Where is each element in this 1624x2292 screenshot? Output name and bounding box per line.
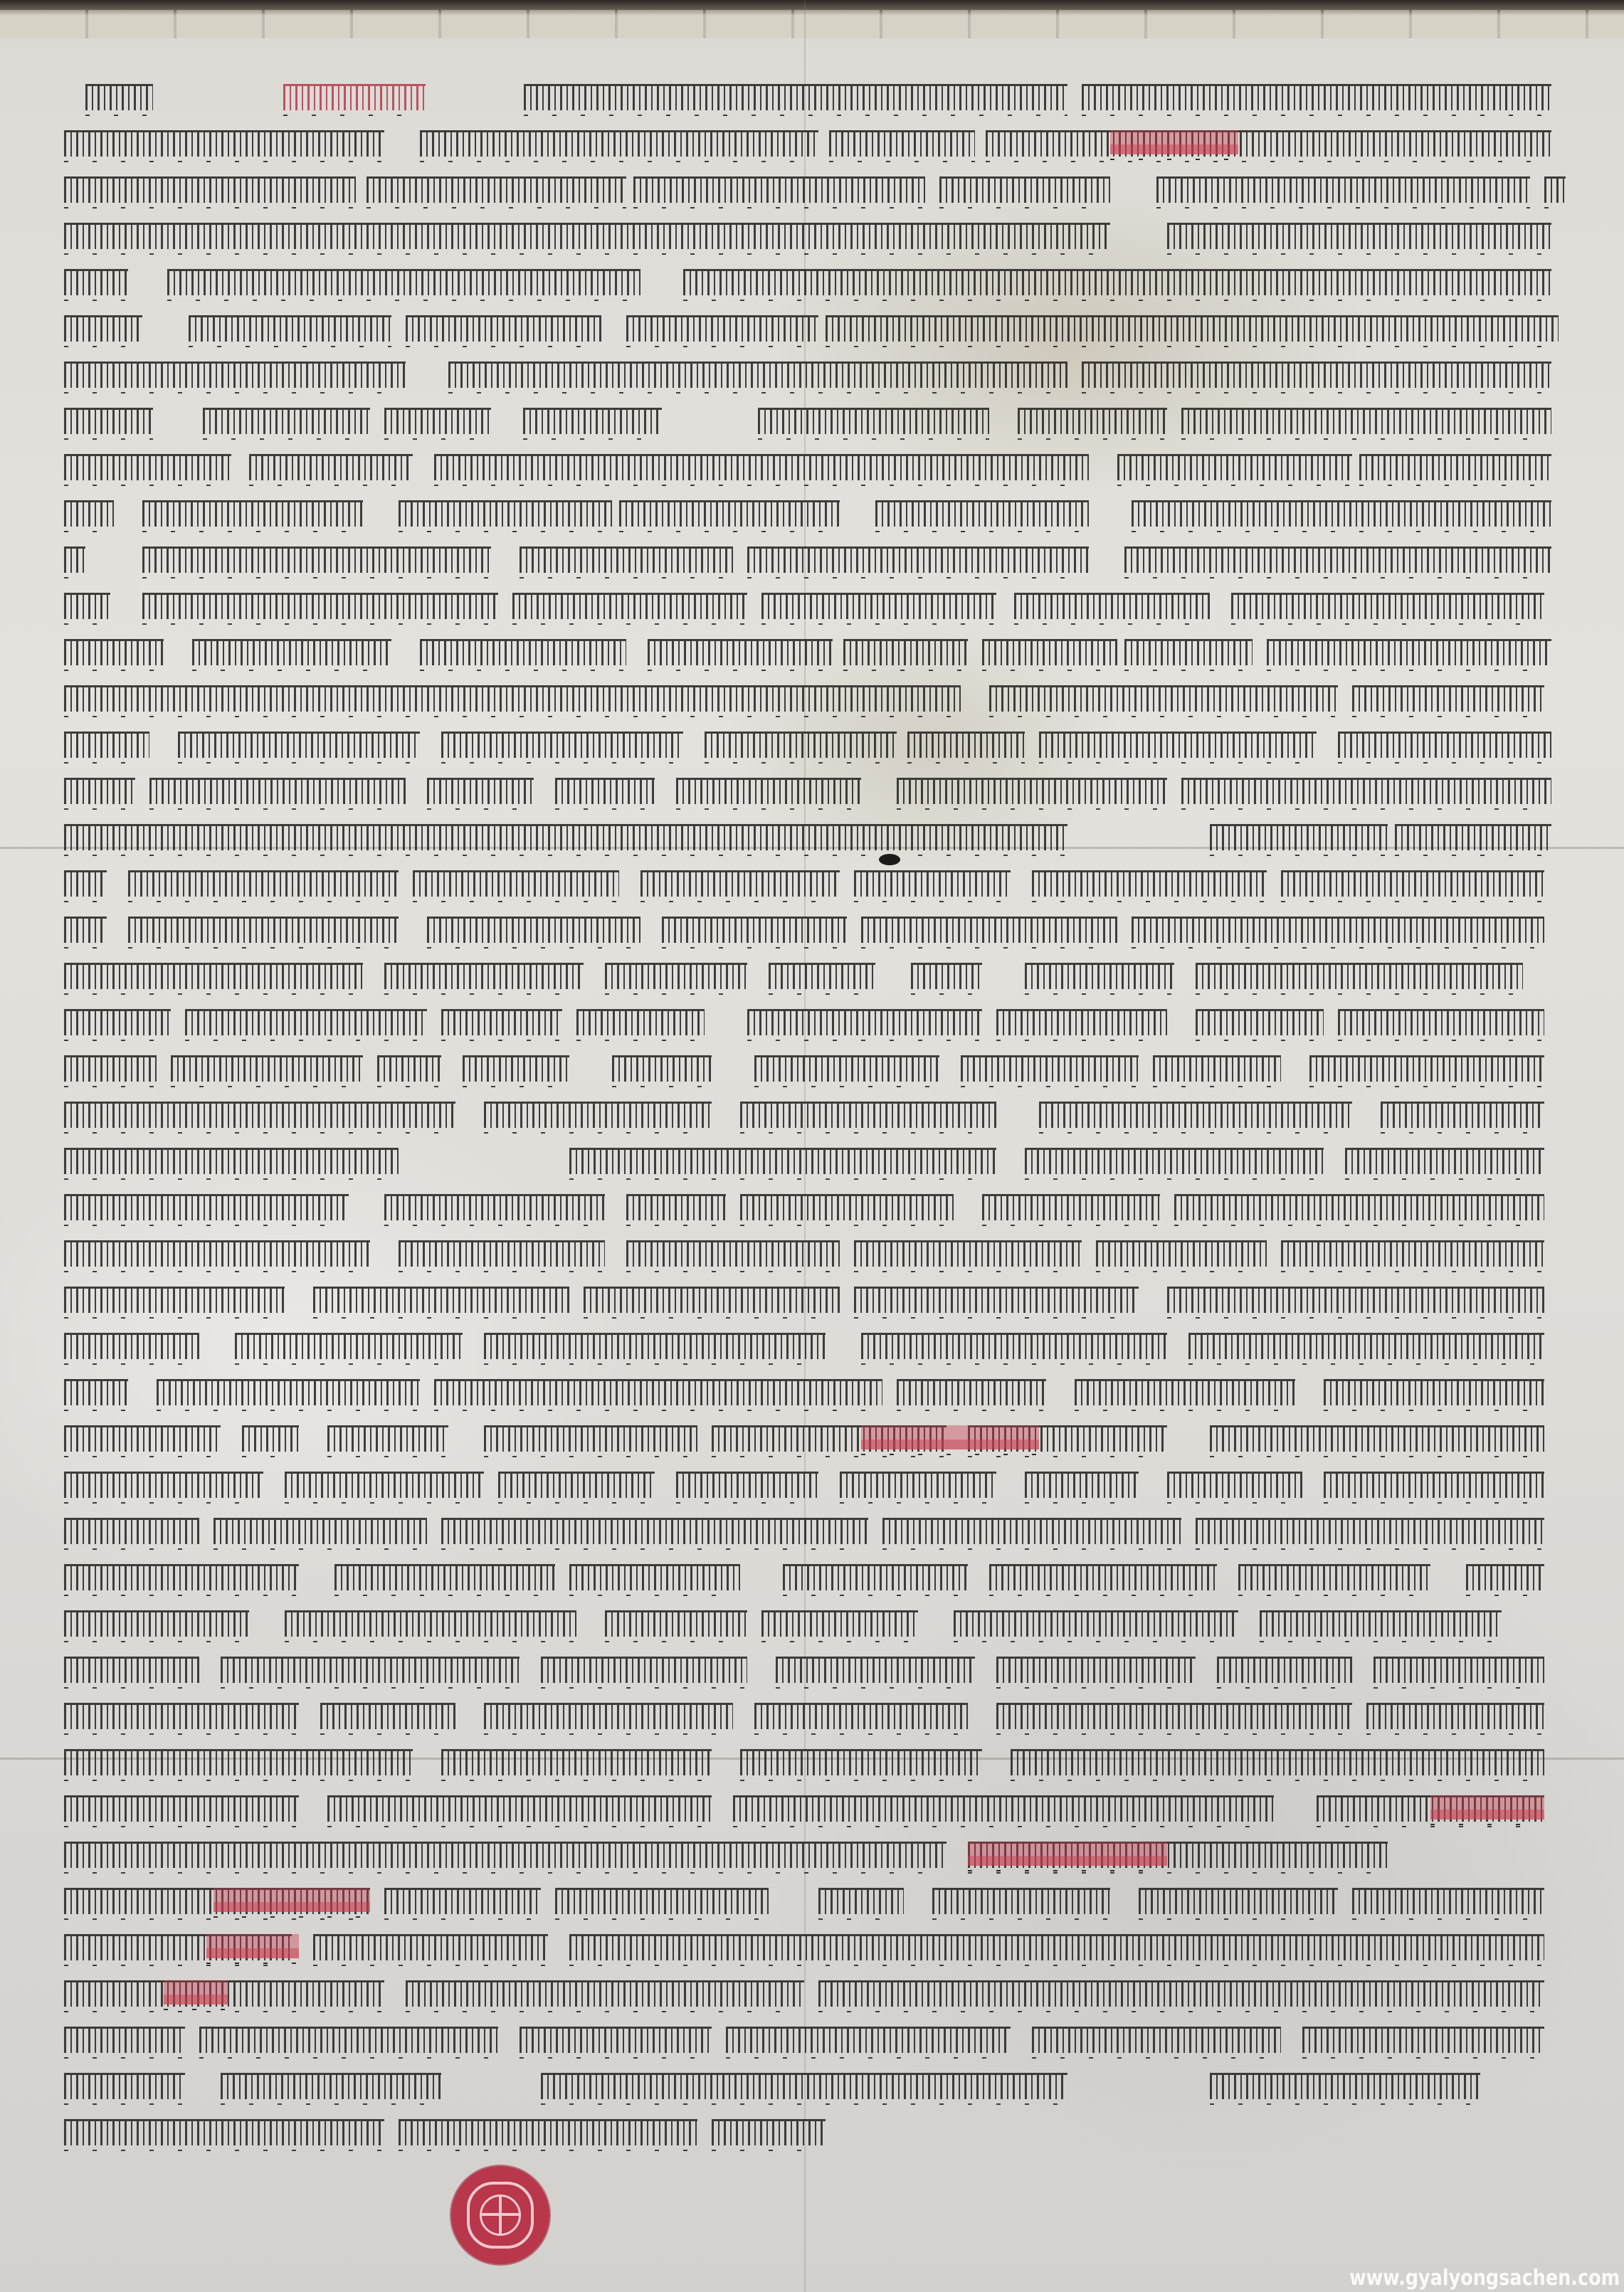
ink-word-group bbox=[996, 1009, 1167, 1035]
ink-word-group bbox=[64, 223, 1110, 249]
manuscript-line bbox=[0, 1235, 1624, 1270]
ink-word-group bbox=[1124, 546, 1551, 573]
manuscript-line bbox=[0, 865, 1624, 900]
red-highlighted-phrase bbox=[968, 1842, 1167, 1866]
ink-word-group bbox=[1032, 2027, 1281, 2053]
ink-word-group bbox=[64, 1842, 947, 1868]
ink-word-group bbox=[769, 963, 875, 989]
ink-word-group bbox=[541, 1657, 747, 1683]
ink-word-group bbox=[1366, 1703, 1544, 1729]
ink-word-group bbox=[1267, 639, 1551, 665]
ink-word-group bbox=[907, 732, 1025, 758]
ink-word-group bbox=[64, 732, 149, 758]
manuscript-line bbox=[0, 1928, 1624, 1964]
ink-word-group bbox=[427, 917, 640, 943]
ink-word-group bbox=[1281, 1240, 1544, 1267]
ink-word-group bbox=[747, 546, 1089, 573]
manuscript-line bbox=[0, 587, 1624, 623]
ink-word-group bbox=[1018, 408, 1167, 434]
ink-word-group bbox=[612, 1055, 712, 1082]
ink-word-group bbox=[676, 778, 861, 804]
manuscript-line bbox=[0, 1466, 1624, 1501]
red-highlighted-phrase bbox=[1110, 130, 1238, 154]
ink-word-group bbox=[434, 1379, 882, 1405]
manuscript-line bbox=[0, 310, 1624, 345]
ink-word-group bbox=[213, 1518, 427, 1544]
ink-word-group bbox=[1345, 1148, 1544, 1174]
ink-word-group bbox=[484, 1425, 697, 1452]
ink-word-group bbox=[142, 500, 363, 527]
ink-word-group bbox=[1260, 1610, 1502, 1637]
manuscript-line bbox=[0, 1420, 1624, 1455]
ink-word-group bbox=[1196, 1009, 1324, 1035]
manuscript-line bbox=[0, 1188, 1624, 1224]
ink-word-group bbox=[185, 1009, 427, 1035]
manuscript-line bbox=[0, 680, 1624, 715]
ink-word-group bbox=[740, 1749, 982, 1775]
ink-word-group bbox=[1196, 1518, 1544, 1544]
ink-word-group bbox=[64, 1749, 413, 1775]
ink-word-group bbox=[1167, 1472, 1302, 1498]
ink-word-group bbox=[1352, 1888, 1544, 1914]
ink-word-group bbox=[406, 1980, 804, 2007]
ink-word-group bbox=[1359, 454, 1551, 480]
ink-word-group bbox=[64, 546, 85, 573]
ink-word-group bbox=[747, 1009, 982, 1035]
manuscript-line bbox=[0, 125, 1624, 160]
manuscript-line bbox=[0, 2113, 1624, 2149]
ink-word-group bbox=[761, 593, 996, 619]
ink-word-group bbox=[128, 870, 399, 897]
ink-word-group bbox=[64, 1333, 199, 1359]
ink-word-group bbox=[555, 778, 655, 804]
ink-word-group bbox=[64, 1472, 263, 1498]
ink-word-group bbox=[826, 315, 1559, 342]
ink-word-group bbox=[192, 639, 391, 665]
manuscript-line bbox=[0, 1790, 1624, 1825]
ink-word-group bbox=[633, 176, 925, 203]
ink-word-group bbox=[996, 1703, 1352, 1729]
folded-top-margin bbox=[0, 10, 1624, 38]
manuscript-line bbox=[0, 2021, 1624, 2056]
ink-word-group bbox=[64, 1102, 455, 1128]
ink-word-group bbox=[1210, 1425, 1544, 1452]
ink-word-group bbox=[427, 778, 534, 804]
manuscript-line bbox=[0, 1558, 1624, 1594]
ink-word-group bbox=[605, 963, 747, 989]
ink-word-group bbox=[64, 870, 107, 897]
ink-word-group bbox=[829, 130, 975, 157]
ink-word-group bbox=[1039, 732, 1317, 758]
ink-word-group bbox=[64, 500, 114, 527]
manuscript-line bbox=[0, 1512, 1624, 1548]
ink-word-group bbox=[818, 1980, 1544, 2007]
ink-word-group bbox=[64, 269, 128, 295]
ink-word-group bbox=[1231, 593, 1544, 619]
ink-word-group bbox=[1338, 732, 1551, 758]
ink-word-group bbox=[406, 315, 601, 342]
ink-word-group bbox=[1156, 176, 1530, 203]
manuscript-line bbox=[0, 1605, 1624, 1640]
ink-word-group bbox=[399, 500, 612, 527]
ink-word-group bbox=[1324, 1472, 1544, 1498]
ink-word-group bbox=[64, 593, 110, 619]
manuscript-line bbox=[0, 726, 1624, 761]
manuscript-line bbox=[0, 263, 1624, 299]
ink-word-group bbox=[569, 1564, 740, 1590]
ink-word-group bbox=[854, 1240, 1082, 1267]
ink-word-group bbox=[178, 732, 420, 758]
manuscript-line bbox=[0, 1327, 1624, 1363]
manuscript-line bbox=[0, 957, 1624, 993]
ink-word-group bbox=[320, 1703, 455, 1729]
red-seal bbox=[451, 2166, 549, 2264]
ink-word-group bbox=[399, 2119, 697, 2145]
ink-word-group bbox=[754, 1055, 939, 1082]
ink-word-group bbox=[420, 130, 818, 157]
ink-word-group bbox=[221, 1657, 520, 1683]
ink-word-group bbox=[854, 870, 1011, 897]
ink-word-group bbox=[1324, 1379, 1544, 1405]
manuscript-line bbox=[0, 911, 1624, 946]
ink-word-group bbox=[911, 963, 982, 989]
ink-word-group bbox=[441, 1749, 712, 1775]
ink-word-group bbox=[569, 1934, 1544, 1960]
ink-word-group bbox=[149, 778, 406, 804]
manuscript-line bbox=[0, 1096, 1624, 1131]
manuscript-line bbox=[0, 633, 1624, 669]
ink-word-group bbox=[334, 1564, 555, 1590]
manuscript-line bbox=[0, 1743, 1624, 1779]
ink-word-group bbox=[242, 1425, 299, 1452]
ink-word-group bbox=[740, 1194, 954, 1220]
ink-word-group bbox=[758, 408, 989, 434]
ink-word-group bbox=[420, 639, 626, 665]
ink-word-group bbox=[882, 1518, 1181, 1544]
ink-word-group bbox=[377, 1055, 441, 1082]
ink-word-group bbox=[875, 500, 1089, 527]
ink-word-group bbox=[64, 361, 406, 388]
ink-word-group bbox=[367, 176, 626, 203]
ink-word-group bbox=[434, 454, 1089, 480]
red-highlighted-phrase bbox=[861, 1425, 1039, 1449]
ink-word-group bbox=[726, 2027, 1011, 2053]
ink-word-group bbox=[1381, 1102, 1544, 1128]
ink-word-group bbox=[1117, 454, 1352, 480]
ink-word-group bbox=[524, 84, 1067, 110]
ink-word-group bbox=[235, 1333, 463, 1359]
ink-word-group bbox=[1082, 84, 1551, 110]
ink-word-group bbox=[1096, 1240, 1267, 1267]
ink-word-group bbox=[384, 1194, 605, 1220]
ink-word-group bbox=[1210, 2073, 1480, 2099]
ink-word-group bbox=[64, 1518, 199, 1544]
ink-word-group bbox=[157, 1379, 420, 1405]
ink-word-group bbox=[1025, 1148, 1324, 1174]
ink-word-group bbox=[441, 1009, 562, 1035]
ink-word-group bbox=[961, 1055, 1139, 1082]
ink-word-group bbox=[1181, 408, 1551, 434]
manuscript-line bbox=[0, 772, 1624, 808]
manuscript-line bbox=[0, 217, 1624, 253]
ink-word-group bbox=[1174, 1194, 1544, 1220]
ink-word-group bbox=[384, 1888, 541, 1914]
ink-word-group bbox=[64, 2027, 185, 2053]
ink-word-group bbox=[605, 1610, 747, 1637]
manuscript-line bbox=[0, 448, 1624, 484]
ink-word-group bbox=[1238, 1564, 1430, 1590]
ink-word-group bbox=[64, 1148, 399, 1174]
manuscript-line bbox=[0, 818, 1624, 854]
ink-word-group bbox=[64, 1240, 370, 1267]
ink-word-group bbox=[897, 1379, 1046, 1405]
ink-word-group bbox=[1373, 1657, 1544, 1683]
ink-word-group bbox=[64, 454, 231, 480]
ink-word-group bbox=[64, 917, 107, 943]
ink-word-group bbox=[1181, 778, 1551, 804]
ink-word-group bbox=[555, 1888, 769, 1914]
ink-word-group bbox=[441, 1518, 868, 1544]
ink-word-group bbox=[1011, 1749, 1544, 1775]
ink-word-group bbox=[1352, 685, 1544, 712]
ink-word-group bbox=[626, 315, 818, 342]
ink-word-group bbox=[1544, 176, 1566, 203]
manuscript-line bbox=[0, 1651, 1624, 1686]
ink-word-group bbox=[142, 593, 498, 619]
ink-word-group bbox=[384, 408, 491, 434]
manuscript-line bbox=[0, 402, 1624, 438]
ink-word-group bbox=[512, 593, 747, 619]
manuscript-line bbox=[0, 171, 1624, 206]
ink-word-group bbox=[1139, 1888, 1338, 1914]
ink-word-group bbox=[64, 1610, 249, 1637]
ink-word-group bbox=[64, 1055, 157, 1082]
ink-word-group bbox=[648, 639, 833, 665]
ink-word-group bbox=[285, 1472, 484, 1498]
manuscript-line bbox=[0, 495, 1624, 530]
ink-word-group bbox=[1338, 1009, 1544, 1035]
ink-word-group bbox=[996, 1657, 1196, 1683]
red-highlighted-phrase bbox=[164, 1980, 228, 2005]
ink-word-group bbox=[64, 778, 135, 804]
ink-word-group bbox=[1124, 639, 1253, 665]
ink-word-group bbox=[783, 1564, 968, 1590]
ink-word-group bbox=[1132, 500, 1551, 527]
ink-word-group bbox=[64, 315, 142, 342]
ink-word-group bbox=[64, 1657, 199, 1683]
ink-word-group bbox=[1167, 1287, 1544, 1313]
manuscript-line bbox=[0, 1373, 1624, 1409]
ink-word-group bbox=[705, 732, 897, 758]
ink-word-group bbox=[64, 1703, 299, 1729]
ink-word-group bbox=[626, 1194, 726, 1220]
ink-word-group bbox=[754, 1703, 968, 1729]
ink-word-group bbox=[640, 870, 840, 897]
ink-word-group bbox=[484, 1102, 712, 1128]
manuscript-line bbox=[0, 2067, 1624, 2103]
ink-word-group bbox=[1395, 824, 1551, 850]
ink-word-group bbox=[939, 176, 1110, 203]
ink-word-group bbox=[327, 1795, 712, 1822]
ink-word-group bbox=[861, 917, 1117, 943]
ink-word-group bbox=[861, 1333, 1167, 1359]
ink-word-group bbox=[1466, 1564, 1544, 1590]
ink-word-group bbox=[1032, 870, 1267, 897]
manuscript-line bbox=[0, 1975, 1624, 2010]
manuscript-line bbox=[0, 78, 1624, 114]
ink-word-group bbox=[203, 408, 370, 434]
ink-word-group bbox=[64, 963, 363, 989]
red-highlighted-phrase bbox=[1430, 1795, 1544, 1820]
ink-word-group bbox=[1014, 593, 1210, 619]
manuscript-line bbox=[0, 1003, 1624, 1039]
ink-word-group bbox=[1210, 824, 1388, 850]
ink-word-group bbox=[733, 1795, 1274, 1822]
ink-word-group bbox=[64, 176, 356, 203]
site-watermark: www.gyalyongsachen.com bbox=[1349, 2266, 1620, 2291]
ink-word-group bbox=[776, 1657, 975, 1683]
ink-word-group bbox=[1281, 870, 1544, 897]
ink-word-group bbox=[399, 1240, 605, 1267]
ink-word-group bbox=[313, 1287, 569, 1313]
ink-word-group bbox=[982, 639, 1117, 665]
ink-word-group bbox=[1075, 1379, 1295, 1405]
ink-word-group bbox=[64, 1379, 128, 1405]
ink-word-group bbox=[171, 1055, 363, 1082]
ink-word-group bbox=[954, 1610, 1238, 1637]
ink-word-group bbox=[64, 1795, 299, 1822]
ink-word-group bbox=[64, 1009, 171, 1035]
ink-word-group bbox=[327, 1425, 448, 1452]
ink-word-group bbox=[1082, 361, 1551, 388]
manuscript-line bbox=[0, 1697, 1624, 1733]
ink-word-group bbox=[64, 1564, 299, 1590]
ink-word-group bbox=[818, 1888, 904, 1914]
ink-word-group bbox=[1153, 1055, 1281, 1082]
ink-word-group bbox=[64, 639, 164, 665]
ink-word-group bbox=[463, 1055, 569, 1082]
ink-word-group bbox=[249, 454, 413, 480]
seal-dorje-vertical bbox=[499, 2195, 502, 2236]
red-highlighted-phrase bbox=[213, 1888, 370, 1912]
ink-word-group bbox=[576, 1009, 705, 1035]
ink-word-group bbox=[384, 963, 584, 989]
ink-word-group bbox=[740, 1102, 996, 1128]
manuscript-line bbox=[0, 541, 1624, 576]
ink-word-group bbox=[64, 824, 1067, 850]
manuscript-line bbox=[0, 356, 1624, 391]
ink-word-group bbox=[712, 2119, 826, 2145]
ink-word-group bbox=[64, 1287, 285, 1313]
ink-word-group bbox=[989, 1564, 1217, 1590]
ink-word-group bbox=[1025, 963, 1174, 989]
ink-word-group bbox=[64, 130, 384, 157]
ink-word-group bbox=[761, 1610, 918, 1637]
ink-word-group bbox=[626, 1240, 840, 1267]
ink-word-group bbox=[498, 1472, 655, 1498]
ink-word-group bbox=[520, 2027, 712, 2053]
ink-word-group bbox=[932, 1888, 1110, 1914]
ink-word-group bbox=[584, 1287, 840, 1313]
ink-word-group bbox=[662, 917, 847, 943]
ink-word-group bbox=[221, 2073, 441, 2099]
ink-word-group bbox=[1302, 2027, 1544, 2053]
ink-word-group bbox=[189, 315, 391, 342]
ink-word-group bbox=[64, 685, 961, 712]
ink-word-group bbox=[448, 361, 1067, 388]
ink-word-group bbox=[142, 546, 491, 573]
ink-word-group bbox=[986, 130, 1551, 157]
ink-word-group bbox=[569, 1148, 996, 1174]
ink-word-group bbox=[1039, 1102, 1352, 1128]
ink-word-group bbox=[523, 408, 662, 434]
manuscript-line bbox=[0, 1281, 1624, 1316]
ink-word-group bbox=[676, 1472, 818, 1498]
manuscript-line bbox=[0, 1142, 1624, 1178]
ink-word-group bbox=[683, 269, 1551, 295]
ink-word-group bbox=[1132, 917, 1544, 943]
ink-word-group bbox=[1025, 1472, 1139, 1498]
ink-word-group bbox=[619, 500, 840, 527]
ink-word-group bbox=[1167, 223, 1551, 249]
manuscript-line bbox=[0, 1050, 1624, 1085]
ink-word-group bbox=[854, 1287, 1139, 1313]
ink-word-group bbox=[64, 408, 153, 434]
ink-word-group bbox=[64, 2073, 185, 2099]
ink-word-group bbox=[413, 870, 619, 897]
ink-word-group bbox=[64, 1425, 221, 1452]
ink-word-group bbox=[313, 1934, 548, 1960]
ink-word-group bbox=[541, 2073, 1067, 2099]
ink-word-group bbox=[64, 2119, 384, 2145]
manuscript-line bbox=[0, 1882, 1624, 1918]
ink-word-group bbox=[843, 639, 968, 665]
ink-word-group bbox=[982, 1194, 1160, 1220]
ink-word-group bbox=[520, 546, 733, 573]
ink-word-group bbox=[285, 1610, 576, 1637]
ink-word-group bbox=[1196, 963, 1523, 989]
ink-word-group bbox=[1217, 1657, 1352, 1683]
ink-word-group bbox=[1188, 1333, 1544, 1359]
ink-word-group bbox=[441, 732, 683, 758]
ink-word-group bbox=[484, 1333, 826, 1359]
ink-word-group bbox=[64, 1194, 349, 1220]
ink-word-group bbox=[484, 1703, 733, 1729]
manuscript-line bbox=[0, 1836, 1624, 1871]
ink-word-group bbox=[1309, 1055, 1544, 1082]
ink-word-group bbox=[840, 1472, 996, 1498]
ink-word-group bbox=[897, 778, 1167, 804]
ink-word-group bbox=[167, 269, 640, 295]
ink-word-group bbox=[989, 685, 1338, 712]
ink-word-group bbox=[199, 2027, 498, 2053]
ink-word-group bbox=[128, 917, 399, 943]
red-highlighted-phrase bbox=[206, 1934, 299, 1958]
